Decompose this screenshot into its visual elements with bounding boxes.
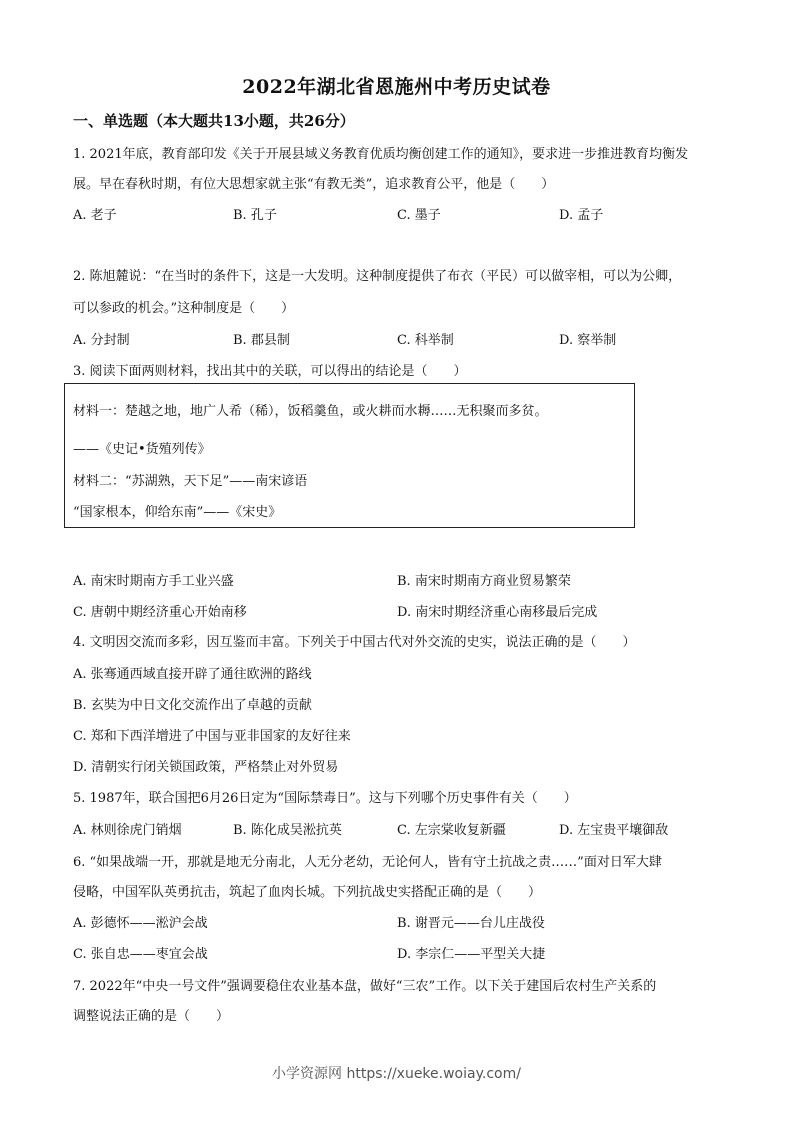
- question-3-text: 3. 阅读下面两则材料，找出其中的关联，可以得出的结论是（ ）: [73, 360, 467, 379]
- question-6-option-b: B. 谢晋元——台儿庄战役: [397, 912, 545, 931]
- question-1-option-c: C. 墨子: [397, 204, 441, 223]
- question-3-option-d: D. 南宋时期经济重心南移最后完成: [397, 601, 597, 620]
- question-4-option-b: B. 玄奘为中日文化交流作出了卓越的贡献: [73, 694, 312, 713]
- question-1-option-b: B. 孔子: [233, 204, 277, 223]
- material-2-text: 材料二：“苏湖熟，天下足”——南宋谚语: [73, 470, 307, 489]
- footer-watermark: 小学资源网 https://xueke.woiay.com/: [0, 1063, 793, 1083]
- question-3-option-c: C. 唐朝中期经济重心开始南移: [73, 601, 247, 620]
- question-2-text-line-2: 可以参政的机会。”这种制度是（ ）: [73, 297, 294, 316]
- question-1-text-line-2: 展。早在春秋时期，有位大思想家就主张“有教无类”，追求教育公平，他是（ ）: [73, 173, 554, 192]
- exam-title: 2022年湖北省恩施州中考历史试卷: [0, 72, 793, 99]
- question-3-option-a: A. 南宋时期南方手工业兴盛: [73, 570, 234, 589]
- section-heading: 一、单选题（本大题共13小题，共26分）: [73, 110, 355, 131]
- question-1-option-d: D. 孟子: [559, 204, 603, 223]
- question-5-option-d: D. 左宝贵平壤御敌: [559, 819, 668, 838]
- material-box: 材料一：楚越之地，地广人希（稀），饭稻羹鱼，或火耕而水耨……无积聚而多贫。 ——…: [64, 383, 635, 528]
- question-5-option-c: C. 左宗棠收复新疆: [397, 819, 506, 838]
- exam-page: 2022年湖北省恩施州中考历史试卷 一、单选题（本大题共13小题，共26分） 1…: [0, 0, 793, 1122]
- question-1-text-line-1: 1. 2021年底，教育部印发《关于开展县域义务教育优质均衡创建工作的通知》，要…: [73, 143, 688, 162]
- question-6-text-line-1: 6. “如果战端一开，那就是地无分南北，人无分老幼，无论何人，皆有守土抗战之责……: [73, 851, 662, 870]
- question-6-option-c: C. 张自忠——枣宜会战: [73, 943, 208, 962]
- question-1-option-a: A. 老子: [73, 204, 117, 223]
- question-4-option-c: C. 郑和下西洋增进了中国与亚非国家的友好往来: [73, 725, 351, 744]
- question-4-option-d: D. 清朝实行闭关锁国政策，严格禁止对外贸易: [73, 756, 338, 775]
- question-2-option-b: B. 郡县制: [233, 329, 290, 348]
- question-7-text-line-2: 调整说法正确的是（ ）: [73, 1005, 229, 1024]
- material-1-source: ——《史记•货殖列传》: [73, 438, 211, 457]
- question-6-option-d: D. 李宗仁——平型关大捷: [397, 943, 545, 962]
- question-2-option-d: D. 察举制: [559, 329, 616, 348]
- question-4-option-a: A. 张骞通西域直接开辟了通往欧洲的路线: [73, 663, 312, 682]
- question-3-option-b: B. 南宋时期南方商业贸易繁荣: [397, 570, 571, 589]
- question-5-option-a: A. 林则徐虎门销烟: [73, 819, 182, 838]
- question-6-text-line-2: 侵略，中国军队英勇抗击，筑起了血肉长城。下列抗战史实搭配正确的是（ ）: [73, 881, 541, 900]
- material-1-text: 材料一：楚越之地，地广人希（稀），饭稻羹鱼，或火耕而水耨……无积聚而多贫。: [73, 400, 548, 419]
- question-6-option-a: A. 彭德怀——淞沪会战: [73, 912, 208, 931]
- question-4-text: 4. 文明因交流而多彩，因互鉴而丰富。下列关于中国古代对外交流的史实，说法正确的…: [73, 631, 636, 650]
- question-2-option-c: C. 科举制: [397, 329, 454, 348]
- question-2-option-a: A. 分封制: [73, 329, 130, 348]
- material-2-quote: “国家根本，仰给东南”——《宋史》: [73, 501, 281, 520]
- question-5-text: 5. 1987年，联合国把6月26日定为“国际禁毒日”。这与下列哪个历史事件有关…: [73, 787, 577, 806]
- question-5-option-b: B. 陈化成吴淞抗英: [233, 819, 342, 838]
- question-7-text-line-1: 7. 2022年“中央一号文件”强调要稳住农业基本盘，做好“三农”工作。以下关于…: [73, 975, 656, 994]
- question-2-text-line-1: 2. 陈旭麓说：“在当时的条件下，这是一大发明。这种制度提供了布衣（平民）可以做…: [73, 265, 681, 284]
